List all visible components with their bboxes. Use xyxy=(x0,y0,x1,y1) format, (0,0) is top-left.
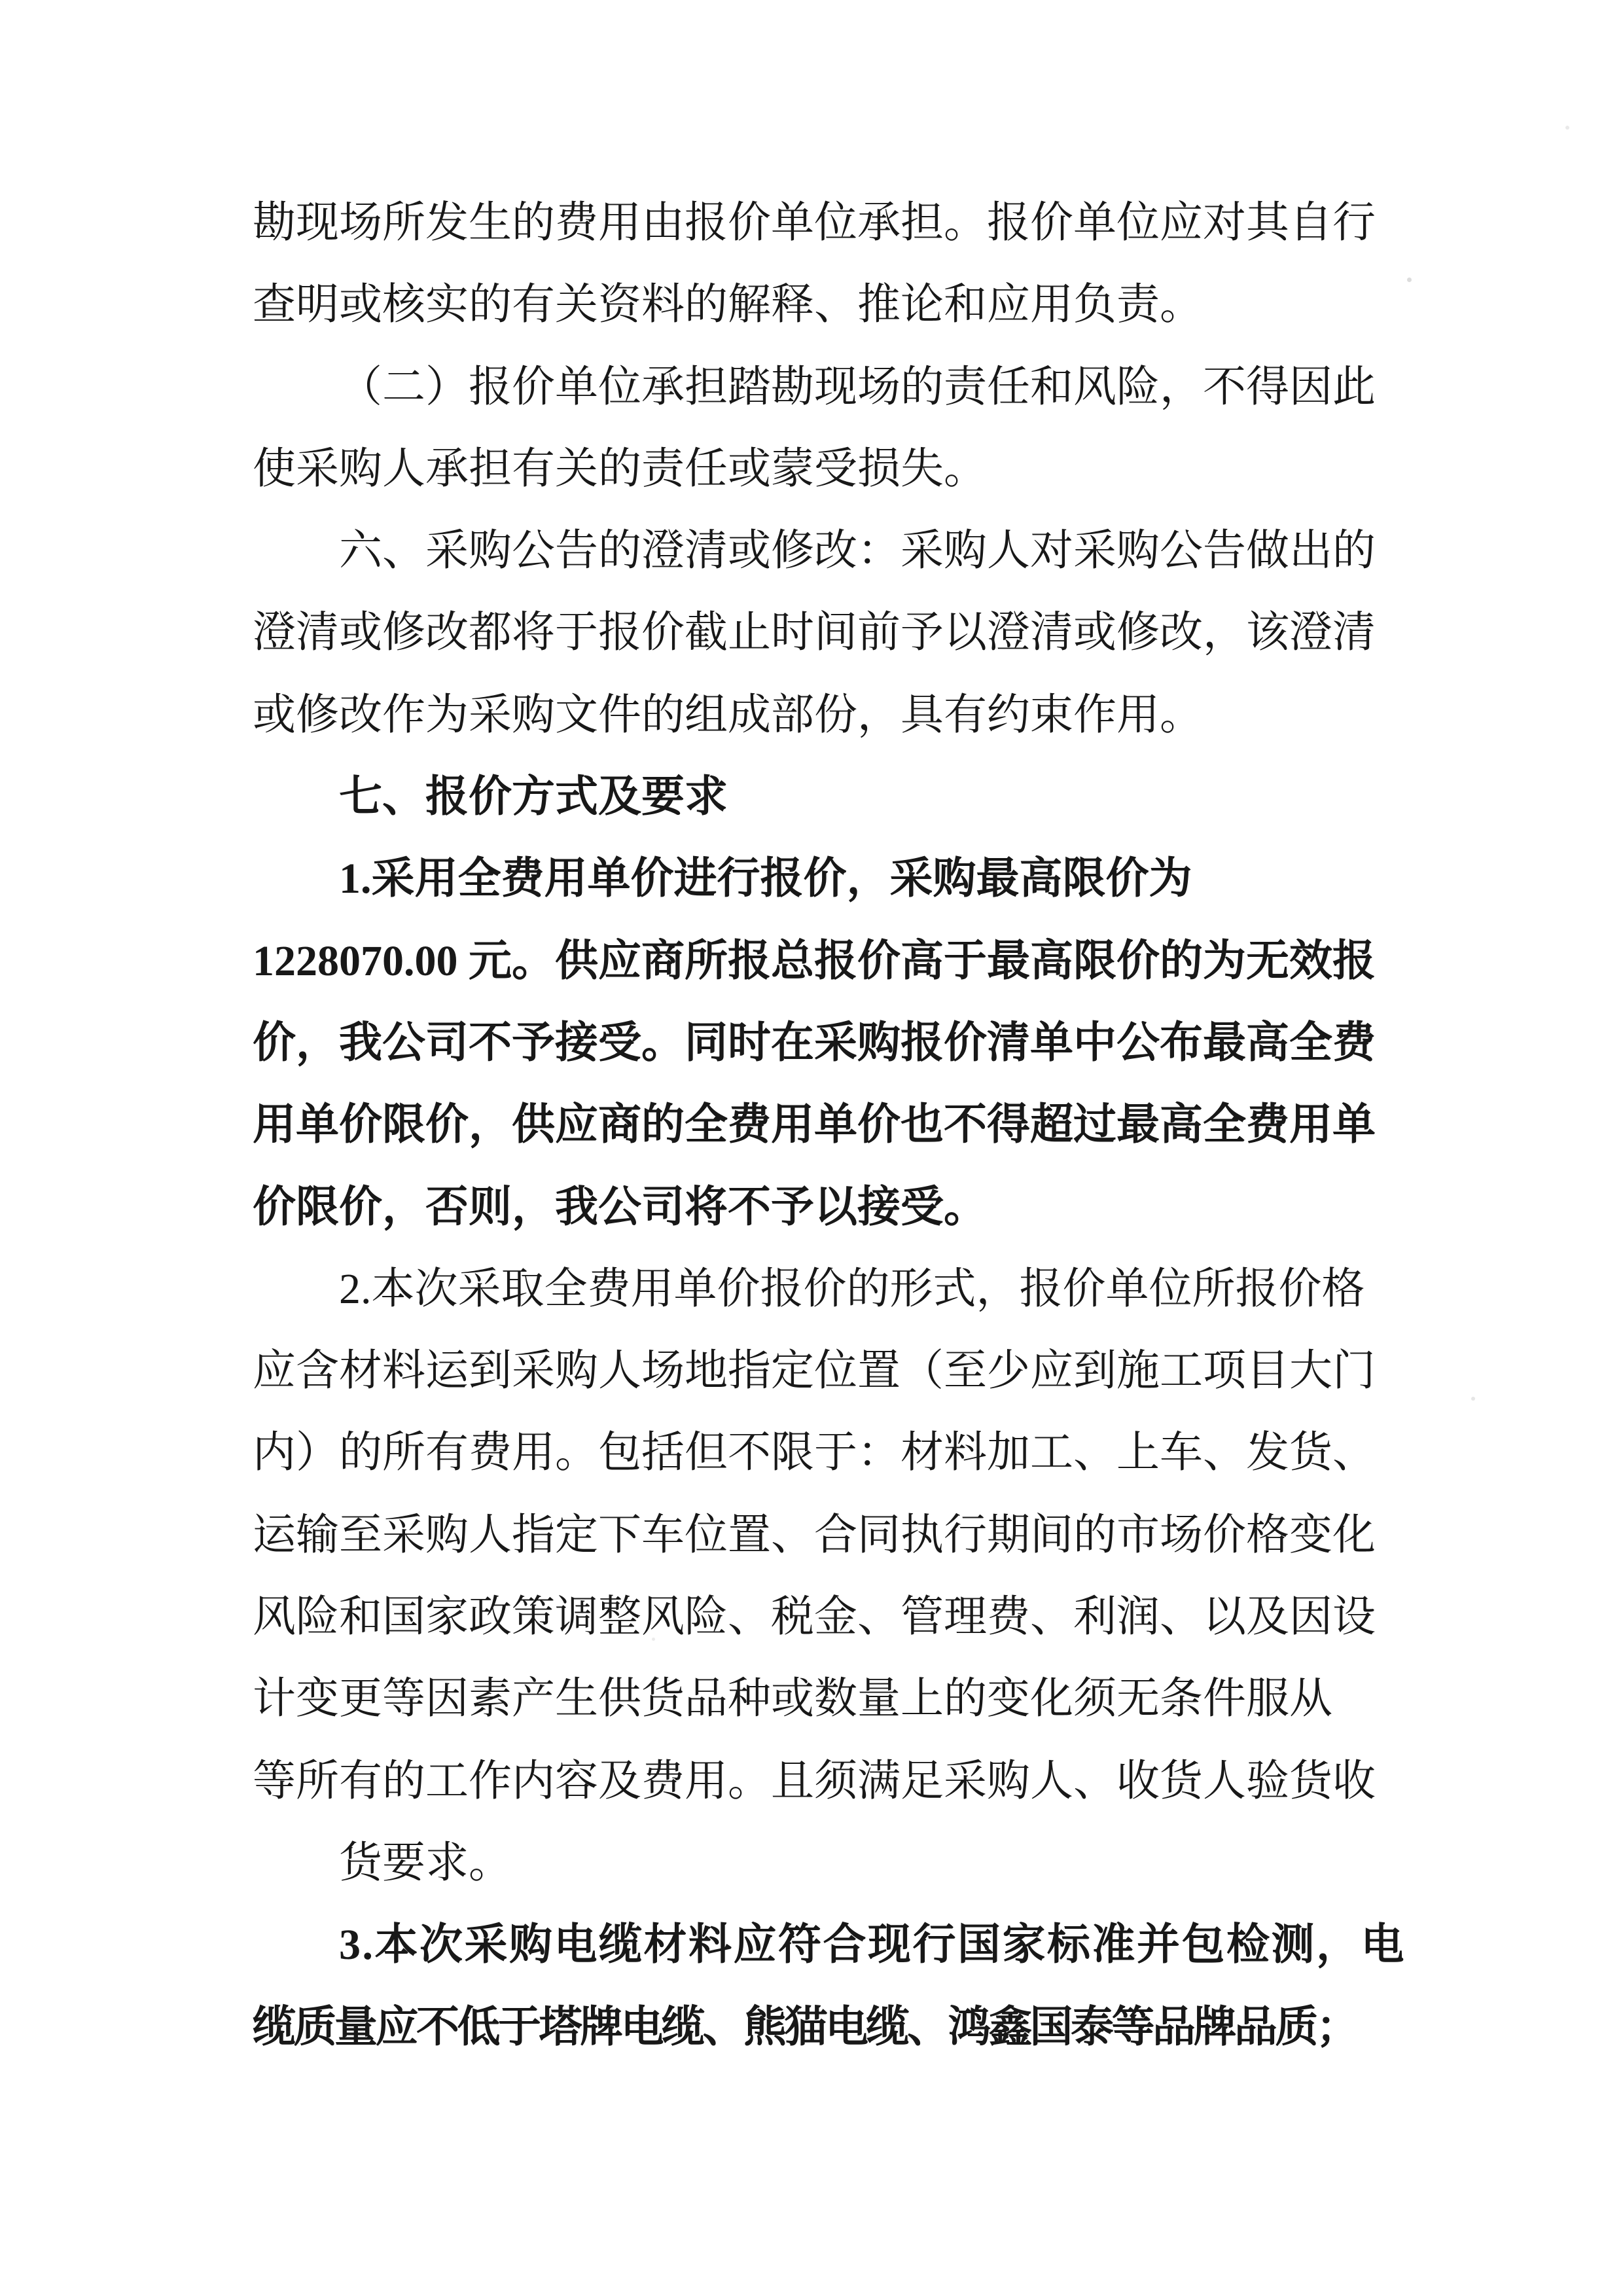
doc-line-10-max-price: 1228070.00 元。供应商所报总报价高于最高限价的为无效报 xyxy=(253,920,1391,1002)
document-text-block: 勘现场所发生的费用由报价单位承担。报价单位应对其自行 查明或核实的有关资料的解释… xyxy=(253,182,1391,2068)
doc-line-22: 3.本次采购电缆材料应符合现行国家标准并包检测，电 xyxy=(253,1904,1391,1986)
scan-speck xyxy=(1471,1397,1475,1401)
doc-line-17: 运输至采购人指定下车位置、合同执行期间的市场价格变化 xyxy=(253,1494,1391,1576)
doc-line-04: 使采购人承担有关的责任或蒙受损失。 xyxy=(253,428,1391,510)
scan-speck xyxy=(652,1638,655,1641)
doc-line-07: 或修改作为采购文件的组成部份，具有约束作用。 xyxy=(253,674,1391,756)
doc-line-05: 六、采购公告的澄清或修改：采购人对采购公告做出的 xyxy=(253,510,1391,592)
doc-line-16: 内）的所有费用。包括但不限于：材料加工、上车、发货、 xyxy=(253,1412,1391,1494)
doc-line-13: 价限价，否则，我公司将不予以接受。 xyxy=(253,1166,1391,1248)
doc-line-18: 风险和国家政策调整风险、税金、管理费、利润、以及因设 xyxy=(253,1576,1391,1658)
scan-speck xyxy=(1407,278,1412,282)
doc-line-09: 1.采用全费用单价进行报价，采购最高限价为 xyxy=(253,838,1391,920)
scanned-document-page: 勘现场所发生的费用由报价单位承担。报价单位应对其自行 查明或核实的有关资料的解释… xyxy=(0,0,1623,2296)
doc-line-06: 澄清或修改都将于报价截止时间前予以澄清或修改，该澄清 xyxy=(253,592,1391,673)
doc-line-20: 等所有的工作内容及费用。且须满足采购人、收货人验货收 xyxy=(253,1740,1391,1822)
doc-line-02: 查明或核实的有关资料的解释、推论和应用负责。 xyxy=(253,264,1391,346)
doc-line-14: 2.本次采取全费用单价报价的形式，报价单位所报价格 xyxy=(253,1248,1391,1330)
doc-line-12: 用单价限价，供应商的全费用单价也不得超过最高全费用单 xyxy=(253,1084,1391,1166)
doc-line-19: 计变更等因素产生供货品种或数量上的变化须无条件服从 xyxy=(253,1658,1391,1740)
doc-heading-quote-method: 七、报价方式及要求 xyxy=(253,756,1391,838)
doc-line-11: 价，我公司不予接受。同时在采购报价清单中公布最高全费 xyxy=(253,1002,1391,1084)
doc-line-15: 应含材料运到采购人场地指定位置（至少应到施工项目大门 xyxy=(253,1330,1391,1412)
doc-line-03: （二）报价单位承担踏勘现场的责任和风险，不得因此 xyxy=(253,346,1391,428)
doc-line-23: 缆质量应不低于塔牌电缆、熊猫电缆、鸿鑫国泰等品牌品质； xyxy=(253,1986,1391,2068)
scan-speck xyxy=(1565,126,1569,130)
doc-line-21: 货要求。 xyxy=(253,1822,1391,1904)
doc-line-01: 勘现场所发生的费用由报价单位承担。报价单位应对其自行 xyxy=(253,182,1391,264)
